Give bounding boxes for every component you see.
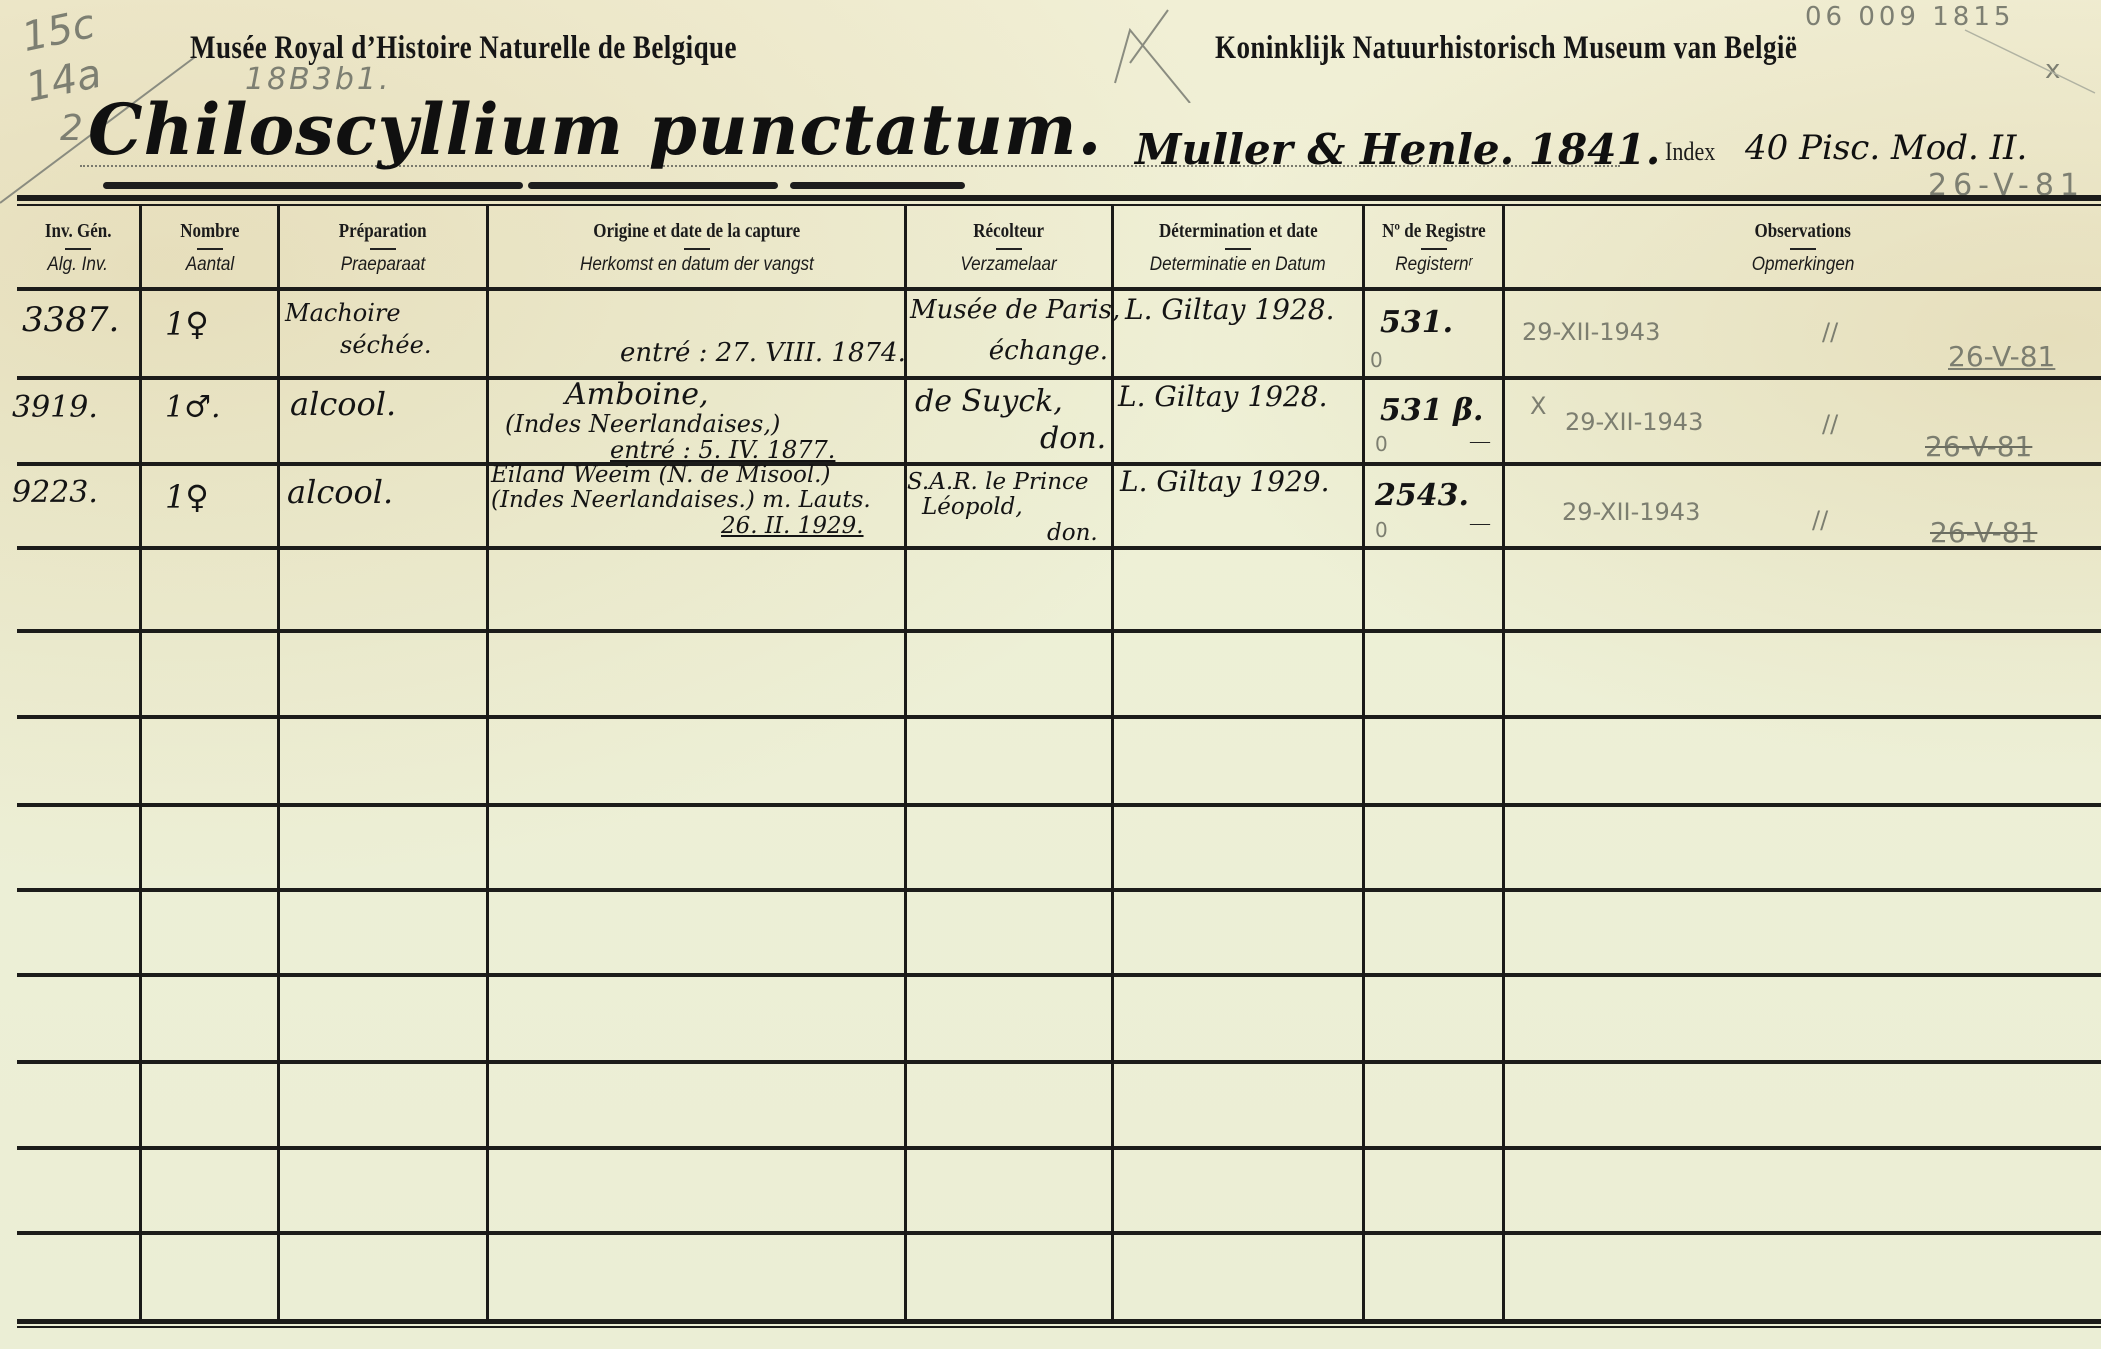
row-rule xyxy=(17,376,2101,380)
column-header-fr: Préparation xyxy=(339,220,427,243)
header-dash xyxy=(1790,248,1816,250)
origin-line: Eiland Weeim (N. de Misool.) xyxy=(491,463,871,488)
origin-line: (Indes Neerlandaises.) m. Lauts. xyxy=(491,488,871,513)
collector-line: don. xyxy=(915,422,1106,455)
column-header-nombre: Nombre Aantal xyxy=(142,205,277,290)
origin-line: 26. II. 1929. xyxy=(491,514,871,539)
observation-revision: 26-V-81 xyxy=(1925,430,2032,463)
register-number: 2543. xyxy=(1375,478,1469,513)
column-header-preparation: Préparation Praeparaat xyxy=(280,205,486,290)
header-dash xyxy=(684,248,710,250)
register-mark: 0 xyxy=(1375,432,1388,456)
species-author: Muller & Henle. 1841. xyxy=(1135,125,1660,174)
pencil-x-mark-icon xyxy=(1110,8,1200,103)
register-dash: — xyxy=(1470,512,1490,535)
register-dash: — xyxy=(1470,430,1490,453)
column-header-observations: Observations Opmerkingen xyxy=(1505,205,2101,290)
column-header-determination: Détermination et date Determinatie en Da… xyxy=(1114,205,1362,290)
origin-date: entré : 27. VIII. 1874. xyxy=(620,338,906,368)
collector-line: Musée de Paris, xyxy=(910,296,1108,325)
header-dash xyxy=(65,248,91,250)
observation-revision: 26-V-81 xyxy=(1948,340,2055,373)
preparation: alcool. xyxy=(290,385,396,423)
inv-number: 3919. xyxy=(12,390,98,425)
header-dash xyxy=(1421,248,1447,250)
observation-date: 29-XII-1943 xyxy=(1562,498,1700,526)
row-rule xyxy=(17,462,2101,466)
species-underline-2 xyxy=(528,182,778,189)
column-header-recolteur: Récolteur Verzamelaar xyxy=(907,205,1111,290)
origin-line: entré : 5. IV. 1877. xyxy=(495,437,835,463)
preparation: alcool. xyxy=(287,473,393,511)
origin-line: (Indes Neerlandaises,) xyxy=(495,411,835,437)
observation-revision: 26-V-81 xyxy=(1930,516,2037,549)
header-dash xyxy=(197,248,223,250)
observation-mark: // xyxy=(1812,506,1828,534)
inv-number: 9223. xyxy=(12,475,98,510)
determination: L. Giltay 1929. xyxy=(1120,465,1330,498)
observation-mark: // xyxy=(1822,410,1838,438)
specimen-index-card: 15c 14a 2 Musée Royal d’Histoire Naturel… xyxy=(0,0,2101,1349)
empty-table-rows xyxy=(17,550,2101,1320)
origin: Amboine, (Indes Neerlandaises,) entré : … xyxy=(495,378,835,464)
collector-line: échange. xyxy=(910,337,1108,366)
index-value: 40 Pisc. Mod. II. xyxy=(1745,128,2027,168)
column-header-fr: Observations xyxy=(1755,220,1851,243)
pencil-diagonal-stroke-right-icon xyxy=(1960,28,2100,98)
preparation: Machoire séchée. xyxy=(285,300,431,359)
collector: de Suyck, don. xyxy=(915,385,1106,455)
specimen-count: 1♀ xyxy=(165,305,209,343)
determination: L. Giltay 1928. xyxy=(1125,293,1335,326)
origin: Eiland Weeim (N. de Misool.) (Indes Neer… xyxy=(491,463,871,539)
column-header-nl: Aantal xyxy=(185,254,233,276)
collector: S.A.R. le Prince Léopold, don. xyxy=(907,470,1098,546)
column-header-nl: Alg. Inv. xyxy=(48,254,109,276)
index-label: Index xyxy=(1665,137,1715,167)
collector-line: S.A.R. le Prince xyxy=(907,470,1098,495)
inv-number: 3387. xyxy=(22,300,119,340)
column-header-nl: Registernʳ xyxy=(1395,254,1472,276)
column-header-nl: Verzamelaar xyxy=(961,254,1057,276)
column-header-fr: Origine et date de la capture xyxy=(593,220,800,243)
column-header-nl: Herkomst en datum der vangst xyxy=(580,254,814,276)
species-underline-3 xyxy=(790,182,965,189)
collector-line: de Suyck, xyxy=(915,385,1106,418)
institution-title-nl: Koninklijk Natuurhistorisch Museum van B… xyxy=(1215,30,1797,67)
register-number: 531 β. xyxy=(1380,393,1483,428)
column-header-nl: Opmerkingen xyxy=(1752,254,1855,276)
column-header-fr: Nombre xyxy=(180,220,239,243)
specimen-count: 1♂. xyxy=(165,390,221,425)
table-top-thick-rule xyxy=(17,195,2101,201)
observation-prefix: X xyxy=(1530,392,1546,420)
species-underline-1 xyxy=(103,182,523,189)
header-dash xyxy=(996,248,1022,250)
preparation-line: Machoire xyxy=(285,300,431,326)
register-mark: 0 xyxy=(1375,518,1388,542)
collector: Musée de Paris, échange. xyxy=(910,296,1108,365)
collector-line: Léopold, xyxy=(907,495,1098,520)
species-name: Chiloscyllium punctatum. xyxy=(88,88,1102,171)
table-bottom-thin-rule xyxy=(17,1326,2101,1328)
observation-mark: // xyxy=(1822,318,1838,346)
header-dash xyxy=(1225,248,1251,250)
specimen-count: 1♀ xyxy=(165,478,209,516)
preparation-line: séchée. xyxy=(285,332,431,358)
observation-date: 29-XII-1943 xyxy=(1565,408,1703,436)
header-dash xyxy=(370,248,396,250)
observation-date: 29-XII-1943 xyxy=(1522,318,1660,346)
column-header-fr: Nº de Registre xyxy=(1382,220,1486,243)
column-header-nl: Praeparaat xyxy=(341,254,426,276)
origin-line: Amboine, xyxy=(495,378,835,411)
column-header-registre: Nº de Registre Registernʳ xyxy=(1365,205,1502,290)
register-number: 531. xyxy=(1380,305,1453,340)
collector-line: don. xyxy=(907,521,1098,546)
column-header-origine: Origine et date de la capture Herkomst e… xyxy=(489,205,904,290)
column-header-fr: Inv. Gén. xyxy=(45,220,112,243)
column-header-fr: Récolteur xyxy=(974,220,1045,243)
column-header-fr: Détermination et date xyxy=(1159,220,1318,243)
register-mark: 0 xyxy=(1370,348,1383,372)
determination: L. Giltay 1928. xyxy=(1118,380,1328,413)
column-header-inv: Inv. Gén. Alg. Inv. xyxy=(17,205,139,290)
column-header-nl: Determinatie en Datum xyxy=(1150,254,1326,276)
